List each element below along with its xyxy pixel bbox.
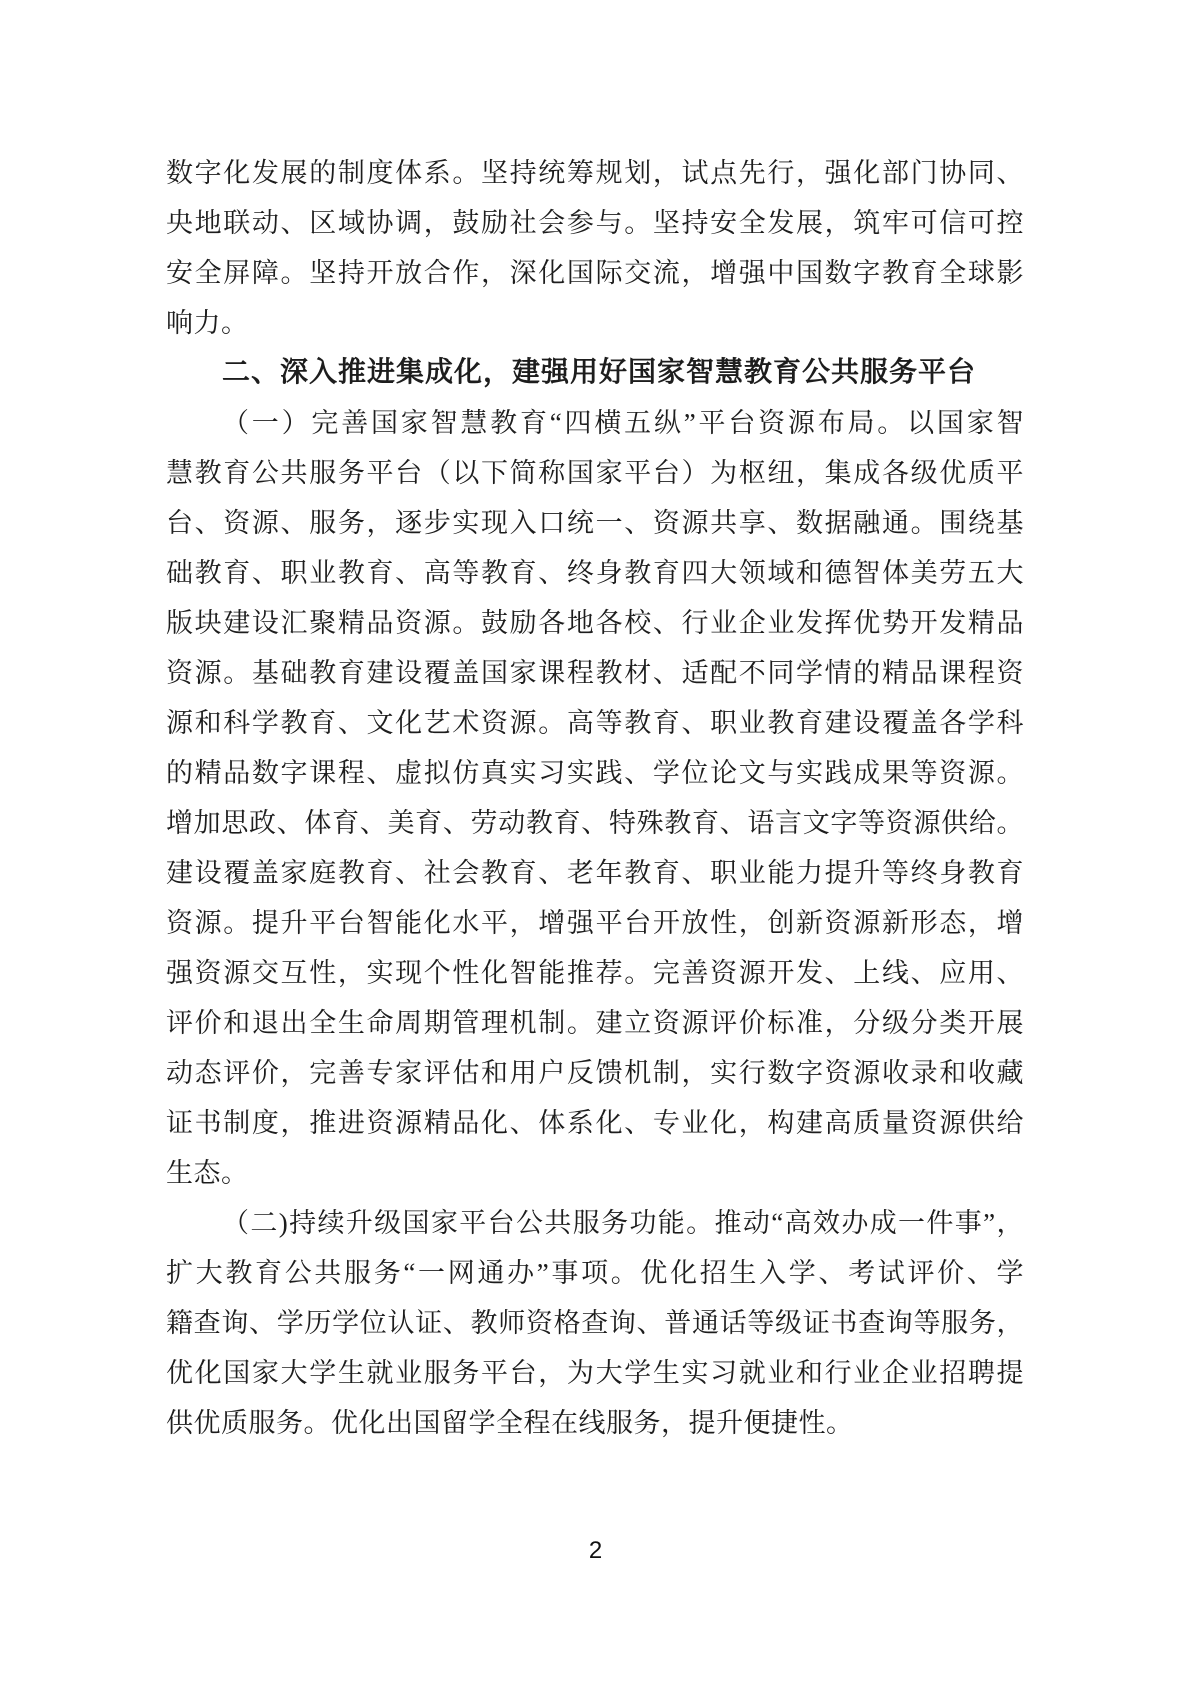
text-line: 建设覆盖家庭教育、社会教育、老年教育、职业能力提升等终身教育 <box>166 848 1024 898</box>
document-page: 数字化发展的制度体系。坚持统筹规划，试点先行，强化部门协同、央地联动、区域协调，… <box>0 0 1191 1684</box>
text-line: 二、深入推进集成化，建强用好国家智慧教育公共服务平台 <box>166 348 1024 398</box>
text-line: 证书制度，推进资源精品化、体系化、专业化，构建高质量资源供给 <box>166 1098 1024 1148</box>
text-line: 源和科学教育、文化艺术资源。高等教育、职业教育建设覆盖各学科 <box>166 698 1024 748</box>
text-line: 台、资源、服务，逐步实现入口统一、资源共享、数据融通。围绕基 <box>166 498 1024 548</box>
text-line: 生态。 <box>166 1148 1024 1198</box>
text-line: 数字化发展的制度体系。坚持统筹规划，试点先行，强化部门协同、 <box>166 148 1024 198</box>
text-line: 资源。基础教育建设覆盖国家课程教材、适配不同学情的精品课程资 <box>166 648 1024 698</box>
text-line: 供优质服务。优化出国留学全程在线服务，提升便捷性。 <box>166 1398 1024 1448</box>
text-line: （一）完善国家智慧教育“四横五纵”平台资源布局。以国家智 <box>166 398 1024 448</box>
text-line: 籍查询、学历学位认证、教师资格查询、普通话等级证书查询等服务， <box>166 1298 1024 1348</box>
text-line: 强资源交互性，实现个性化智能推荐。完善资源开发、上线、应用、 <box>166 948 1024 998</box>
page-number: 2 <box>0 1537 1191 1565</box>
section-heading: 二、深入推进集成化，建强用好国家智慧教育公共服务平台 <box>166 348 1024 398</box>
para-item-2: （二)持续升级国家平台公共服务功能。推动“高效办成一件事”，扩大教育公共服务“一… <box>166 1198 1024 1448</box>
text-line: 安全屏障。坚持开放合作，深化国际交流，增强中国数字教育全球影 <box>166 248 1024 298</box>
para-item-1: （一）完善国家智慧教育“四横五纵”平台资源布局。以国家智慧教育公共服务平台（以下… <box>166 398 1024 1198</box>
text-line: 优化国家大学生就业服务平台，为大学生实习就业和行业企业招聘提 <box>166 1348 1024 1398</box>
text-line: 评价和退出全生命周期管理机制。建立资源评价标准，分级分类开展 <box>166 998 1024 1048</box>
para-continuation: 数字化发展的制度体系。坚持统筹规划，试点先行，强化部门协同、央地联动、区域协调，… <box>166 148 1024 348</box>
text-line: 版块建设汇聚精品资源。鼓励各地各校、行业企业发挥优势开发精品 <box>166 598 1024 648</box>
document-body: 数字化发展的制度体系。坚持统筹规划，试点先行，强化部门协同、央地联动、区域协调，… <box>166 148 1024 1448</box>
text-line: 动态评价，完善专家评估和用户反馈机制，实行数字资源收录和收藏 <box>166 1048 1024 1098</box>
text-line: 资源。提升平台智能化水平，增强平台开放性，创新资源新形态，增 <box>166 898 1024 948</box>
text-line: 慧教育公共服务平台（以下简称国家平台）为枢纽，集成各级优质平 <box>166 448 1024 498</box>
text-line: 础教育、职业教育、高等教育、终身教育四大领域和德智体美劳五大 <box>166 548 1024 598</box>
text-line: 响力。 <box>166 298 1024 348</box>
text-line: 央地联动、区域协调，鼓励社会参与。坚持安全发展，筑牢可信可控 <box>166 198 1024 248</box>
text-line: （二)持续升级国家平台公共服务功能。推动“高效办成一件事”， <box>166 1198 1024 1248</box>
text-line: 扩大教育公共服务“一网通办”事项。优化招生入学、考试评价、学 <box>166 1248 1024 1298</box>
text-line: 增加思政、体育、美育、劳动教育、特殊教育、语言文字等资源供给。 <box>166 798 1024 848</box>
text-line: 的精品数字课程、虚拟仿真实习实践、学位论文与实践成果等资源。 <box>166 748 1024 798</box>
